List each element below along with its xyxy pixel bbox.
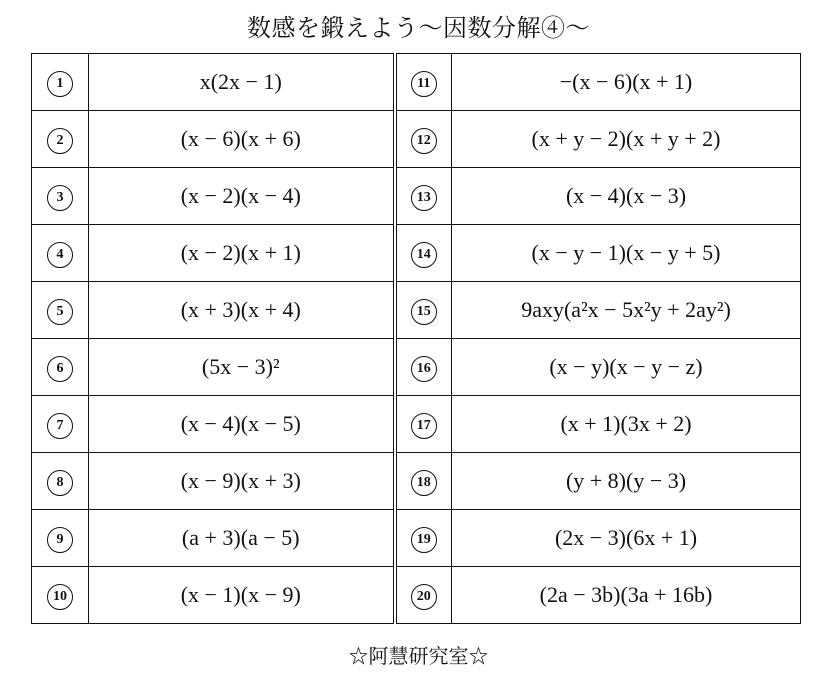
- answer-cell: (x − 2)(x + 1): [89, 225, 395, 282]
- answer-table: 1x(2x − 1)11−(x − 6)(x + 1)2(x − 6)(x + …: [31, 53, 801, 624]
- table-row: 6(5x − 3)²16(x − y)(x − y − z): [32, 339, 801, 396]
- problem-number: 7: [32, 396, 89, 453]
- problem-number: 17: [395, 396, 452, 453]
- problem-number: 3: [32, 168, 89, 225]
- answer-cell: (x − 1)(x − 9): [89, 567, 395, 624]
- problem-number: 16: [395, 339, 452, 396]
- answer-cell: (5x − 3)²: [89, 339, 395, 396]
- table-row: 7(x − 4)(x − 5)17(x + 1)(3x + 2): [32, 396, 801, 453]
- problem-number: 1: [32, 54, 89, 111]
- answer-cell: (x + y − 2)(x + y + 2): [452, 111, 801, 168]
- problem-number: 19: [395, 510, 452, 567]
- answer-cell: 9axy(a²x − 5x²y + 2ay²): [452, 282, 801, 339]
- answer-cell: (2a − 3b)(3a + 16b): [452, 567, 801, 624]
- problem-number: 12: [395, 111, 452, 168]
- answer-cell: −(x − 6)(x + 1): [452, 54, 801, 111]
- table-row: 9(a + 3)(a − 5)19(2x − 3)(6x + 1): [32, 510, 801, 567]
- answer-cell: (x − y)(x − y − z): [452, 339, 801, 396]
- answer-cell: (x − y − 1)(x − y + 5): [452, 225, 801, 282]
- problem-number: 5: [32, 282, 89, 339]
- table-row: 10(x − 1)(x − 9)20(2a − 3b)(3a + 16b): [32, 567, 801, 624]
- answer-cell: (x − 4)(x − 3): [452, 168, 801, 225]
- answer-cell: (x + 3)(x + 4): [89, 282, 395, 339]
- answer-cell: (x − 6)(x + 6): [89, 111, 395, 168]
- problem-number: 20: [395, 567, 452, 624]
- answer-cell: (2x − 3)(6x + 1): [452, 510, 801, 567]
- answer-cell: (x + 1)(3x + 2): [452, 396, 801, 453]
- answer-cell: (x − 9)(x + 3): [89, 453, 395, 510]
- answer-cell: (x − 4)(x − 5): [89, 396, 395, 453]
- answer-cell: (x − 2)(x − 4): [89, 168, 395, 225]
- problem-number: 13: [395, 168, 452, 225]
- table-row: 2(x − 6)(x + 6)12(x + y − 2)(x + y + 2): [32, 111, 801, 168]
- problem-number: 18: [395, 453, 452, 510]
- problem-number: 4: [32, 225, 89, 282]
- problem-number: 6: [32, 339, 89, 396]
- table-row: 3(x − 2)(x − 4)13(x − 4)(x − 3): [32, 168, 801, 225]
- table-row: 8(x − 9)(x + 3)18(y + 8)(y − 3): [32, 453, 801, 510]
- problem-number: 10: [32, 567, 89, 624]
- footer-credit: ☆阿慧研究室☆: [0, 640, 837, 669]
- answer-cell: (a + 3)(a − 5): [89, 510, 395, 567]
- page-title: 数感を鍛えよう～因数分解④～: [0, 8, 837, 43]
- problem-number: 14: [395, 225, 452, 282]
- table-row: 4(x − 2)(x + 1)14(x − y − 1)(x − y + 5): [32, 225, 801, 282]
- answer-cell: (y + 8)(y − 3): [452, 453, 801, 510]
- table-row: 1x(2x − 1)11−(x − 6)(x + 1): [32, 54, 801, 111]
- problem-number: 8: [32, 453, 89, 510]
- problem-number: 2: [32, 111, 89, 168]
- problem-number: 9: [32, 510, 89, 567]
- problem-number: 11: [395, 54, 452, 111]
- answer-cell: x(2x − 1): [89, 54, 395, 111]
- problem-number: 15: [395, 282, 452, 339]
- table-row: 5(x + 3)(x + 4)159axy(a²x − 5x²y + 2ay²): [32, 282, 801, 339]
